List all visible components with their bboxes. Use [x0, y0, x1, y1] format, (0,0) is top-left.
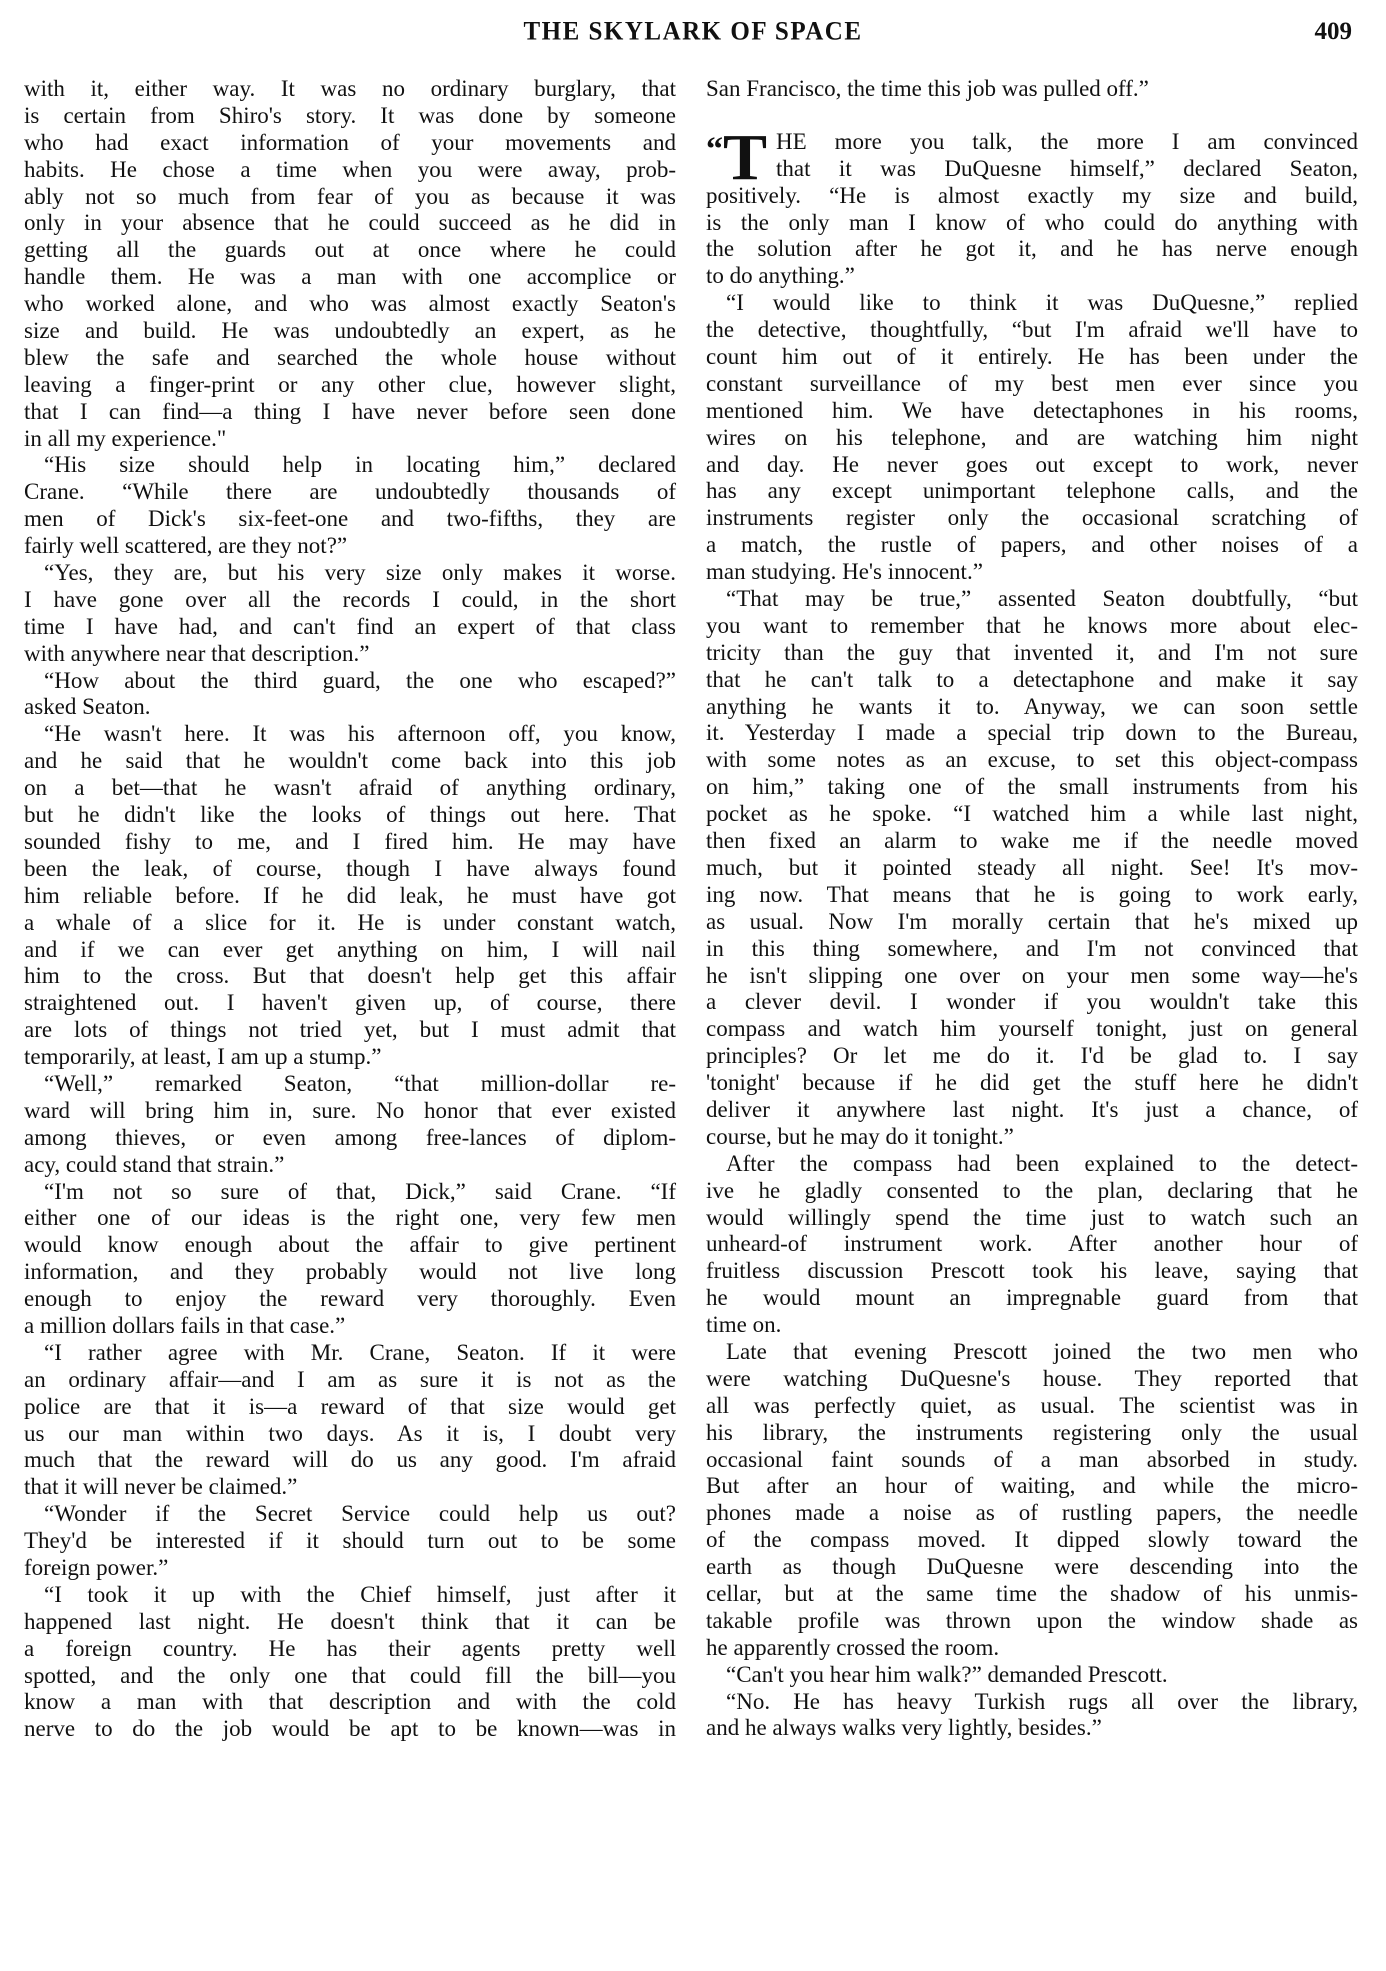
text-line: the detective, thoughtfully, “but I'm af…	[706, 317, 1358, 344]
text-line: he would mount an impregnable guard from…	[706, 1285, 1358, 1312]
text-line: much that the reward will do us any good…	[24, 1447, 676, 1474]
text-line: man studying. He's innocent.”	[706, 559, 1358, 586]
text-line: as usual. Now I'm morally certain that h…	[706, 909, 1358, 936]
text-line: you want to remember that he knows more …	[706, 613, 1358, 640]
text-line: an ordinary affair—and I am as sure it i…	[24, 1367, 676, 1394]
text-line: constant surveillance of my best men eve…	[706, 371, 1358, 398]
text-line: But after an hour of waiting, and while …	[706, 1473, 1358, 1500]
text-line: among thieves, or even among free-lances…	[24, 1125, 676, 1152]
text-line: takable profile was thrown upon the wind…	[706, 1608, 1358, 1635]
text-line: who worked alone, and who was almost exa…	[24, 291, 676, 318]
section-opening: “T HE more you talk, the more I am convi…	[706, 129, 1358, 183]
text-line: with anywhere near that description.”	[24, 641, 676, 668]
text-line: handle them. He was a man with one accom…	[24, 264, 676, 291]
text-line: principles? Or let me do it. I'd be glad…	[706, 1043, 1358, 1070]
text-line: much, but it pointed steady all night. S…	[706, 855, 1358, 882]
text-line: has any except unimportant telephone cal…	[706, 478, 1358, 505]
text-line: been the leak, of course, though I have …	[24, 856, 676, 883]
paragraph-start: “I'm not so sure of that, Dick,” said Cr…	[24, 1179, 676, 1206]
paragraph-start: “Wonder if the Secret Service could help…	[24, 1501, 676, 1528]
text-line: all was perfectly quiet, as usual. The s…	[706, 1393, 1358, 1420]
paragraph-start: After the compass had been explained to …	[706, 1151, 1358, 1178]
text-line: a match, the rustle of papers, and other…	[706, 532, 1358, 559]
text-line: of the compass moved. It dipped slowly t…	[706, 1527, 1358, 1554]
text-line: ward will bring him in, sure. No honor t…	[24, 1098, 676, 1125]
text-line: ing now. That means that he is going to …	[706, 882, 1358, 909]
text-line: instruments register only the occasional…	[706, 505, 1358, 532]
text-line: They'd be interested if it should turn o…	[24, 1528, 676, 1555]
text-line: were watching DuQuesne's house. They rep…	[706, 1366, 1358, 1393]
text-line: ably not so much from fear of you as bec…	[24, 184, 676, 211]
text-line: would know enough about the affair to gi…	[24, 1232, 676, 1259]
paragraph-start: “I took it up with the Chief himself, ju…	[24, 1582, 676, 1609]
text-line: and day. He never goes out except to wor…	[706, 452, 1358, 479]
paragraph-start: “Can't you hear him walk?” demanded Pres…	[706, 1662, 1358, 1689]
text-line: either one of our ideas is the right one…	[24, 1205, 676, 1232]
text-line: positively. “He is almost exactly my siz…	[706, 183, 1358, 210]
text-line: then fixed an alarm to wake me if the ne…	[706, 828, 1358, 855]
text-line: know a man with that description and wit…	[24, 1689, 676, 1716]
paragraph-start: “How about the third guard, the one who …	[24, 668, 676, 695]
text-line: getting all the guards out at once where…	[24, 237, 676, 264]
text-line: and he always walks very lightly, beside…	[706, 1715, 1358, 1742]
text-line: Crane. “While there are undoubtedly thou…	[24, 479, 676, 506]
text-line: is certain from Shiro's story. It was do…	[24, 103, 676, 130]
text-line: a whale of a slice for it. He is under c…	[24, 910, 676, 937]
text-line: and if we can ever get anything on him, …	[24, 937, 676, 964]
text-line: that I can find—a thing I have never bef…	[24, 399, 676, 426]
right-column: San Francisco, the time this job was pul…	[706, 76, 1358, 1742]
paragraph-start: “He wasn't here. It was his afternoon of…	[24, 721, 676, 748]
text-line: who had exact information of your moveme…	[24, 130, 676, 157]
text-line: straightened out. I haven't given up, of…	[24, 990, 676, 1017]
text-line: a foreign country. He has their agents p…	[24, 1636, 676, 1663]
text-line: him reliable before. If he did leak, he …	[24, 883, 676, 910]
drop-cap-quote: “	[706, 131, 723, 168]
text-line: habits. He chose a time when you were aw…	[24, 157, 676, 184]
text-line: ive he gladly consented to the plan, dec…	[706, 1178, 1358, 1205]
text-line: tricity than the guy that invented it, a…	[706, 640, 1358, 667]
paragraph-start: “That may be true,” assented Seaton doub…	[706, 586, 1358, 613]
text-line: 'tonight' because if he did get the stuf…	[706, 1070, 1358, 1097]
text-line: size and build. He was undoubtedly an ex…	[24, 318, 676, 345]
text-line: unheard-of instrument work. After anothe…	[706, 1231, 1358, 1258]
text-line: but he didn't like the looks of things o…	[24, 802, 676, 829]
text-line: men of Dick's six-feet-one and two-fifth…	[24, 506, 676, 533]
text-line: fairly well scattered, are they not?”	[24, 533, 676, 560]
text-line: happened last night. He doesn't think th…	[24, 1609, 676, 1636]
text-line: he isn't slipping one over on your men s…	[706, 963, 1358, 990]
drop-cap: “T	[706, 131, 767, 185]
text-line: sounded fishy to me, and I fired him. He…	[24, 829, 676, 856]
paragraph-start: Late that evening Prescott joined the tw…	[706, 1339, 1358, 1366]
text-line: earth as though DuQuesne were descending…	[706, 1554, 1358, 1581]
section-break	[706, 103, 1358, 129]
text-line: anything he wants it to. Anyway, we can …	[706, 694, 1358, 721]
text-line: foreign power.”	[24, 1555, 676, 1582]
text-line: blew the safe and searched the whole hou…	[24, 345, 676, 372]
text-line: with it, either way. It was no ordinary …	[24, 76, 676, 103]
text-line: in all my experience."	[24, 426, 676, 453]
text-line: it. Yesterday I made a special trip down…	[706, 720, 1358, 747]
running-title: THE SKYLARK OF SPACE	[0, 17, 1386, 46]
text-line: count him out of it entirely. He has bee…	[706, 344, 1358, 371]
text-line: HE more you talk, the more I am convince…	[706, 129, 1358, 156]
continuation-line: San Francisco, the time this job was pul…	[706, 76, 1358, 103]
text-line: mentioned him. We have detectaphones in …	[706, 398, 1358, 425]
text-line: only in your absence that he could succe…	[24, 210, 676, 237]
text-line: his library, the instruments registering…	[706, 1420, 1358, 1447]
text-line: asked Seaton.	[24, 694, 676, 721]
text-line: course, but he may do it tonight.”	[706, 1124, 1358, 1151]
paragraph-start: “Well,” remarked Seaton, “that million-d…	[24, 1071, 676, 1098]
text-line: are lots of things not tried yet, but I …	[24, 1017, 676, 1044]
text-line: leaving a finger-print or any other clue…	[24, 372, 676, 399]
text-line: that it was DuQuesne himself,” declared …	[706, 156, 1358, 183]
paragraph-start: “His size should help in locating him,” …	[24, 452, 676, 479]
text-line: that it will never be claimed.”	[24, 1474, 676, 1501]
text-line: with some notes as an excuse, to set thi…	[706, 747, 1358, 774]
text-line: spotted, and the only one that could fil…	[24, 1663, 676, 1690]
text-line: in this thing somewhere, and I'm not con…	[706, 936, 1358, 963]
text-line: on him,” taking one of the small instrum…	[706, 774, 1358, 801]
text-line: police are that it is—a reward of that s…	[24, 1394, 676, 1421]
text-line: I have gone over all the records I could…	[24, 587, 676, 614]
text-line: information, and they probably would not…	[24, 1259, 676, 1286]
text-line: time I have had, and can't find an exper…	[24, 614, 676, 641]
text-line: phones made a noise as of rustling paper…	[706, 1500, 1358, 1527]
text-line: to do anything.”	[706, 263, 1358, 290]
text-line: deliver it anywhere last night. It's jus…	[706, 1097, 1358, 1124]
text-line: and he said that he wouldn't come back i…	[24, 748, 676, 775]
paragraph-start: “I rather agree with Mr. Crane, Seaton. …	[24, 1340, 676, 1367]
left-column: with it, either way. It was no ordinary …	[24, 76, 676, 1743]
text-line: on a bet—that he wasn't afraid of anythi…	[24, 775, 676, 802]
text-line: nerve to do the job would be apt to be k…	[24, 1716, 676, 1743]
paragraph-start: “Yes, they are, but his very size only m…	[24, 560, 676, 587]
text-line: temporarily, at least, I am up a stump.”	[24, 1044, 676, 1071]
text-line: a million dollars fails in that case.”	[24, 1313, 676, 1340]
text-line: compass and watch him yourself tonight, …	[706, 1016, 1358, 1043]
paragraph-start: “I would like to think it was DuQuesne,”…	[706, 290, 1358, 317]
text-line: pocket as he spoke. “I watched him a whi…	[706, 801, 1358, 828]
text-line: is the only man I know of who could do a…	[706, 210, 1358, 237]
text-line: wires on his telephone, and are watching…	[706, 425, 1358, 452]
text-line: fruitless discussion Prescott took his l…	[706, 1258, 1358, 1285]
text-line: he apparently crossed the room.	[706, 1635, 1358, 1662]
text-line: occasional faint sounds of a man absorbe…	[706, 1447, 1358, 1474]
text-line: acy, could stand that strain.”	[24, 1152, 676, 1179]
page-number: 409	[1315, 18, 1353, 46]
paragraph-start: “No. He has heavy Turkish rugs all over …	[706, 1689, 1358, 1716]
text-line: time on.	[706, 1312, 1358, 1339]
text-line: cellar, but at the same time the shadow …	[706, 1581, 1358, 1608]
page-header: THE SKYLARK OF SPACE 409	[0, 18, 1386, 48]
text-line: us our man within two days. As it is, I …	[24, 1421, 676, 1448]
text-line: him to the cross. But that doesn't help …	[24, 963, 676, 990]
text-line: that he can't talk to a detectaphone and…	[706, 667, 1358, 694]
text-line: would willingly spend the time just to w…	[706, 1205, 1358, 1232]
drop-cap-letter: T	[723, 121, 767, 194]
text-line: the solution after he got it, and he has…	[706, 236, 1358, 263]
text-line: enough to enjoy the reward very thorough…	[24, 1286, 676, 1313]
text-line: a clever devil. I wonder if you wouldn't…	[706, 989, 1358, 1016]
